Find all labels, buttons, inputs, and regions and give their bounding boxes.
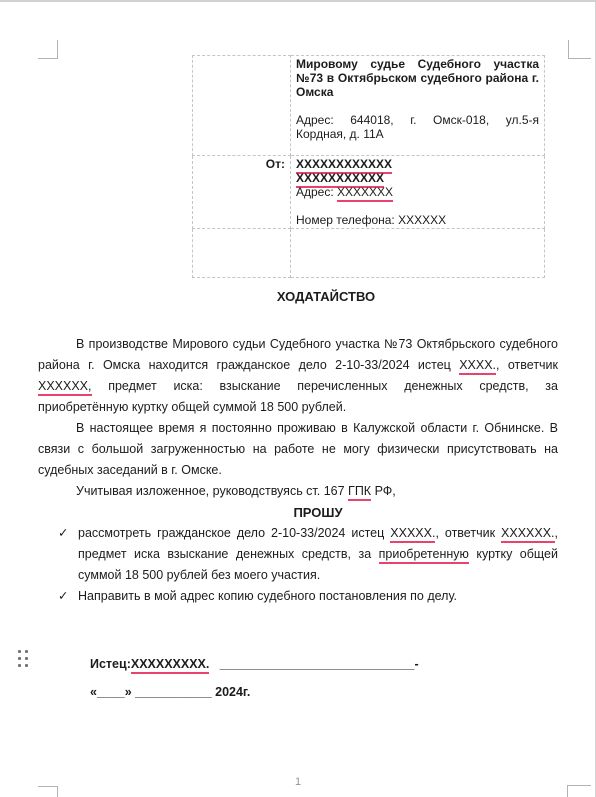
page-top-edge <box>0 0 596 2</box>
sender-phone: Номер телефона: XXXXXX <box>296 213 539 227</box>
check-icon: ✓ <box>58 523 68 544</box>
check-icon: ✓ <box>58 586 68 607</box>
paragraph-drag-handle-icon[interactable] <box>18 650 28 667</box>
paragraph-legal-basis: Учитывая изложенное, руководствуясь ст. … <box>38 481 558 502</box>
court-address-cell: Мировому судье Судебного участка №73 в О… <box>291 56 545 156</box>
page-number: 1 <box>0 776 596 789</box>
text-boundary-mark-top-right <box>568 40 591 59</box>
sender-name-line1: XXXXXXXXXXXX <box>296 157 539 171</box>
list-item-send-copy: ✓ Направить в мой адрес копию судебного … <box>38 586 558 607</box>
header-table-empty-cell <box>193 56 291 156</box>
paragraph-residence: В настоящее время я постоянно проживаю в… <box>38 418 558 481</box>
sender-address: Адрес: XXXXXXX <box>296 185 539 199</box>
court-recipient-text: Мировому судье Судебного участка №73 в О… <box>296 57 539 99</box>
document-page: Мировому судье Судебного участка №73 в О… <box>0 0 596 797</box>
list-item-consider-case: ✓ рассмотреть гражданское дело 2-10-33/2… <box>38 523 558 586</box>
from-label-cell: От: <box>193 156 291 229</box>
header-table-empty-cell <box>193 229 291 278</box>
document-body: ХОДАТАЙСТВО В производстве Мирового судь… <box>38 288 558 703</box>
from-details-cell: XXXXXXXXXXXX XXXXXXXXXXX Адрес: XXXXXXX … <box>291 156 545 229</box>
text-boundary-mark-top-left <box>38 40 58 59</box>
blank-line <box>296 199 539 213</box>
date-line: «____» ___________ 2024г. <box>90 682 558 703</box>
paragraph-case-info: В производстве Мирового судьи Судебного … <box>38 334 558 418</box>
request-heading: ПРОШУ <box>78 502 558 523</box>
from-label: От: <box>266 157 285 171</box>
signature-line: Истец:XXXXXXXXX. _______________________… <box>90 654 558 675</box>
list-item-text: рассмотреть гражданское дело 2-10-33/202… <box>78 526 558 582</box>
blank-line <box>296 99 539 113</box>
sender-name-line2: XXXXXXXXXXX <box>296 171 539 185</box>
doc-title: ХОДАТАЙСТВО <box>94 288 558 306</box>
header-table-empty-cell <box>291 229 545 278</box>
request-list: ✓ рассмотреть гражданское дело 2-10-33/2… <box>38 523 558 607</box>
court-address-text: Адрес: 644018, г. Омск-018, ул.5-я Кордн… <box>296 113 539 141</box>
list-item-text: Направить в мой адрес копию судебного по… <box>78 589 457 603</box>
header-table: Мировому судье Судебного участка №73 в О… <box>192 55 545 278</box>
